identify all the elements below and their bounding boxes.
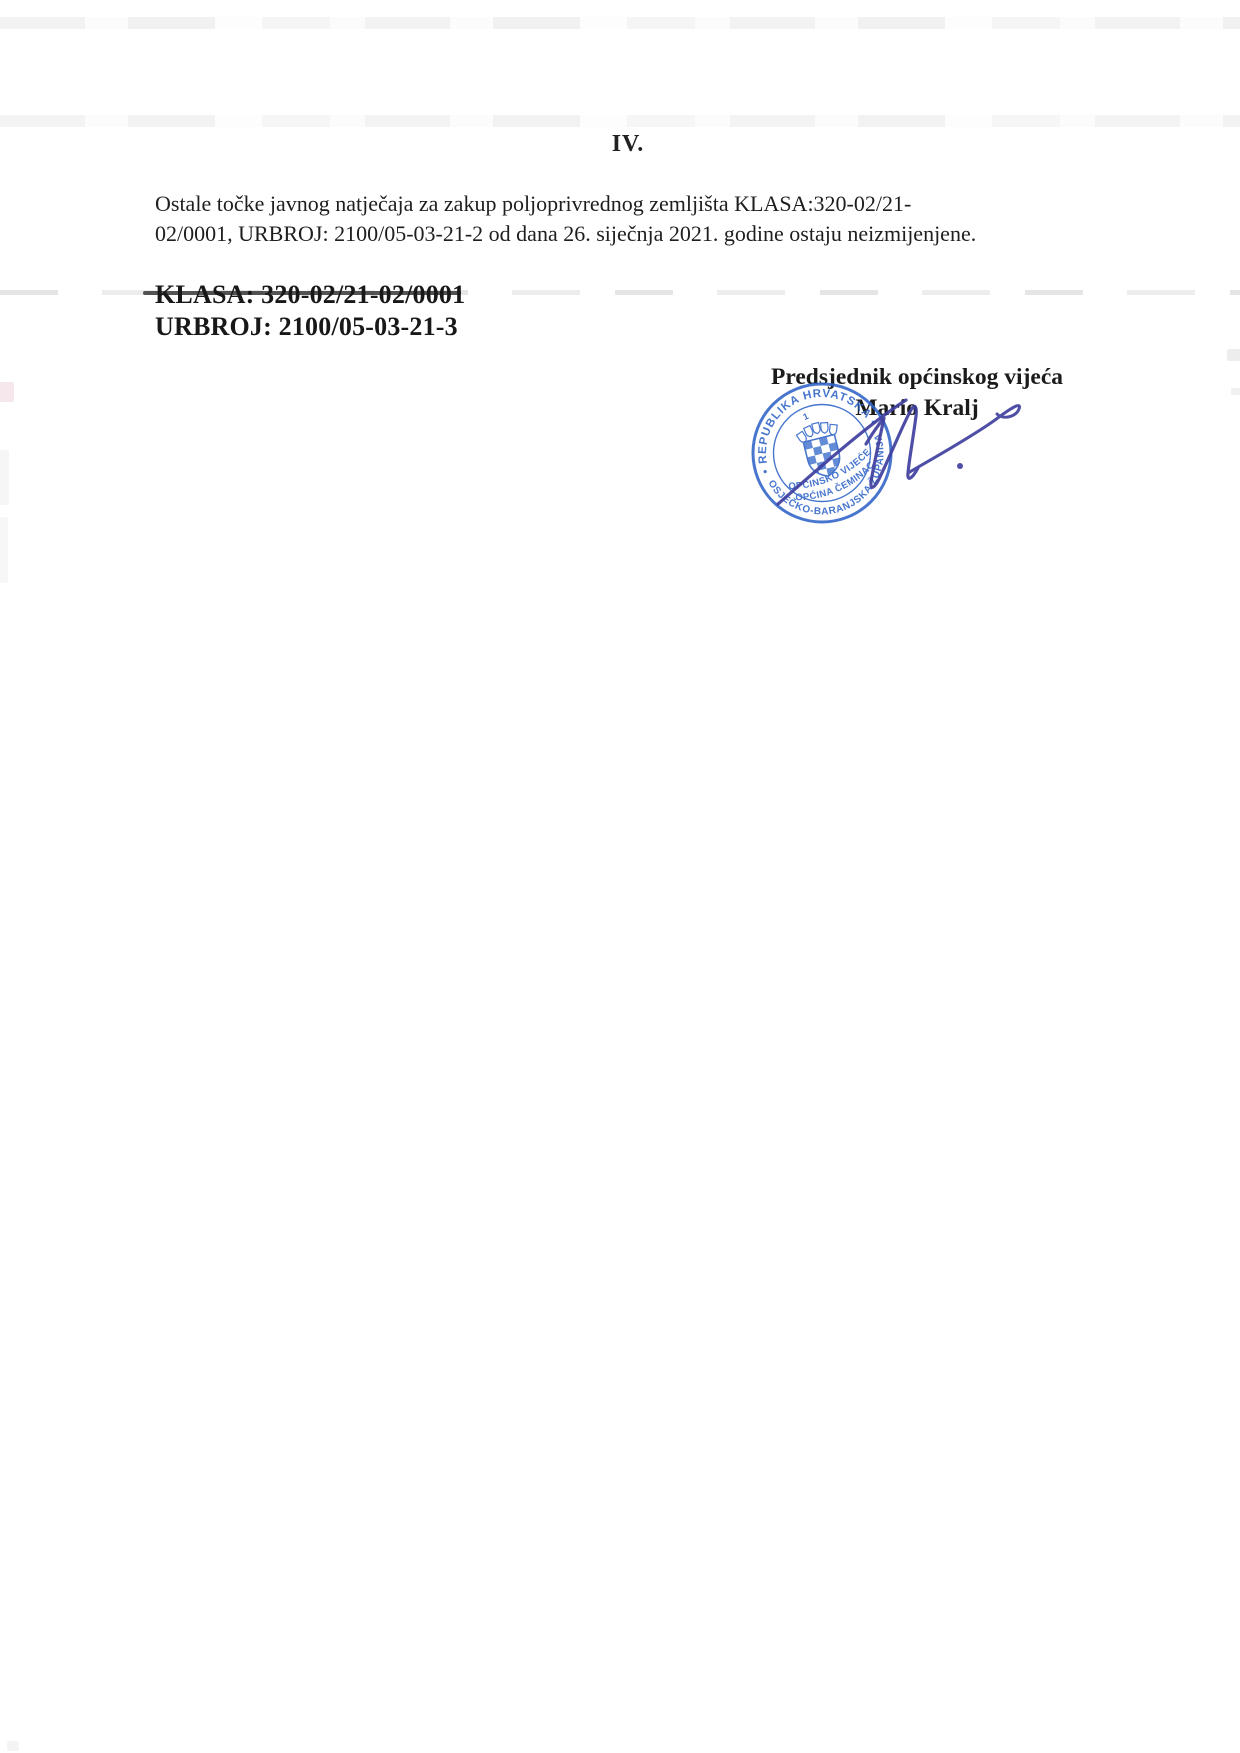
klasa-line: KLASA: 320-02/21-02/0001 <box>155 279 755 311</box>
signature-dot <box>957 463 963 469</box>
scan-smudge-right-1 <box>1227 349 1240 361</box>
scan-artifact-band-top <box>0 17 1240 29</box>
signature-long-stroke <box>778 400 906 504</box>
scan-artifact-band-upper <box>0 115 1240 127</box>
section-heading: IV. <box>528 131 728 158</box>
body-paragraph: Ostale točke javnog natječaja za zakup p… <box>155 189 1105 249</box>
signature-zigzag-stroke <box>866 406 918 487</box>
scanned-document-page: IV. Ostale točke javnog natječaja za zak… <box>0 0 1240 1753</box>
scan-smudge-left-gray-2 <box>0 517 8 583</box>
urbroj-line: URBROJ: 2100/05-03-21-3 <box>155 311 755 343</box>
scan-smudge-left-gray-1 <box>0 450 9 505</box>
scan-smudge-bottom-left <box>7 1741 19 1751</box>
handwritten-signature <box>670 360 1050 520</box>
signature-tail-stroke <box>908 406 1019 473</box>
scan-smudge-left-pink <box>0 382 14 402</box>
scan-smudge-right-2 <box>1231 388 1240 395</box>
paragraph-line-2: 02/0001, URBROJ: 2100/05-03-21-2 od dana… <box>155 219 1105 249</box>
paragraph-line-1: Ostale točke javnog natječaja za zakup p… <box>155 189 1105 219</box>
reference-block: KLASA: 320-02/21-02/0001 URBROJ: 2100/05… <box>155 279 755 343</box>
